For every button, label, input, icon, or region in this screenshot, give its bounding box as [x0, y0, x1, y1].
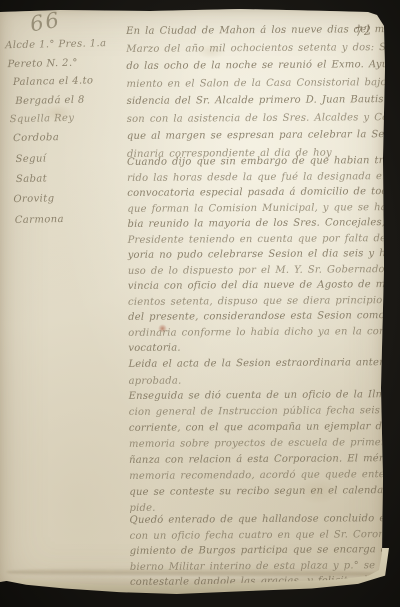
text-line: cientos setenta, dispuso que se diera pr…	[128, 293, 390, 310]
attendee-name: Alcde 1.° Pres. 1.a	[5, 35, 120, 56]
text-line: corriente, con el que acompaña un ejempl…	[129, 419, 391, 437]
text-line: bia reunido la mayoria de los Sres. Conc…	[127, 215, 389, 232]
text-line: Cuando dijo que sin embargo de que habia…	[127, 153, 389, 170]
text-line: memoria sobre proyectos de escuela de pr…	[129, 435, 391, 453]
paragraph: Leida el acta de la Sesion estraordinari…	[128, 355, 390, 390]
text-line: memoria recomendado, acordó que quede en…	[129, 467, 391, 485]
text-line: que al margen se espresan para celebrar …	[127, 126, 389, 145]
body-text: En la Ciudad de Mahon á los nueve dias d…	[126, 7, 392, 593]
text-line: miento en el Salon de la Casa Consistori…	[126, 74, 388, 93]
text-line: del presente, considerandose esta Sesion…	[128, 308, 390, 325]
text-line: Marzo del año mil ochocientos setenta y …	[126, 39, 388, 58]
text-line: yoria no pudo celebrarse Sesion el dia s…	[128, 246, 390, 263]
text-line: Enseguida se dió cuenta de un oficio de …	[129, 387, 391, 405]
text-line: uso de lo dispuesto por el M. Y. Sr. Gob…	[128, 262, 390, 279]
text-line: que forman la Comision Municipal, y que …	[127, 200, 389, 217]
text-line: con un oficio fecha cuatro en que el Sr.…	[130, 527, 392, 544]
attendee-name: Pereto N. 2.°	[7, 53, 120, 74]
corner-mark: 66	[28, 8, 62, 37]
attendee-name: Squella Rey	[10, 109, 122, 130]
paragraph: Enseguida se dió cuenta de un oficio de …	[129, 387, 392, 517]
attendee-name: Carmona	[15, 207, 124, 230]
attendee-name: Bergadá el 8	[15, 91, 121, 112]
text-line: ordinaria conforme lo habia dicho ya en …	[128, 324, 390, 341]
manuscript-page: 66 72 Alcde 1.° Pres. 1.aPereto N. 2.°Pa…	[0, 8, 392, 592]
text-line: ñanza con relacion á esta Corporacion. E…	[129, 451, 391, 469]
text-line: bierno Militar interino de esta plaza y …	[130, 558, 392, 575]
attendee-name: Palanca el 4.to	[13, 72, 121, 93]
text-line: son con la asistencia de los Sres. Alcal…	[127, 109, 389, 128]
margin-attendees-list: Alcde 1.° Pres. 1.aPereto N. 2.°Palanca …	[4, 35, 124, 231]
text-line: Leida el acta de la Sesion estraordinari…	[128, 355, 390, 373]
attendee-name: Seguí	[15, 146, 122, 169]
text-line: vocatoria.	[128, 339, 390, 356]
photo-background: 66 72 Alcde 1.° Pres. 1.aPereto N. 2.°Pa…	[0, 0, 400, 607]
text-line: sidencia del Sr. Alcalde primero D. Juan…	[127, 91, 389, 110]
text-line: cion general de Instruccion pública fech…	[129, 403, 391, 421]
text-line: Presidente teniendo en cuenta que por fa…	[128, 231, 390, 248]
text-line: Quedó enterado de que hallandose conclui…	[129, 511, 391, 528]
attendee-name: Orovitg	[13, 187, 123, 209]
text-line: vincia con oficio del dia nueve de Agost…	[128, 277, 390, 294]
paragraph: En la Ciudad de Mahon á los nueve dias d…	[126, 21, 389, 163]
text-line: rido las horas desde la que fué la desig…	[127, 169, 389, 186]
attendee-name: Cordoba	[13, 128, 122, 149]
text-line: do las ocho de la noche se reunió el Exm…	[126, 56, 388, 75]
text-line: que se conteste su recibo segun en el ca…	[129, 483, 391, 501]
text-line: gimiento de Burgos participa que se enca…	[130, 542, 392, 559]
paragraph: Cuando dijo que sin embargo de que habia…	[127, 153, 390, 356]
text-line: convocatoria especial pasada á domicilio…	[127, 184, 389, 201]
attendee-name: Sabat	[16, 167, 123, 189]
text-line: En la Ciudad de Mahon á los nueve dias d…	[126, 21, 388, 40]
